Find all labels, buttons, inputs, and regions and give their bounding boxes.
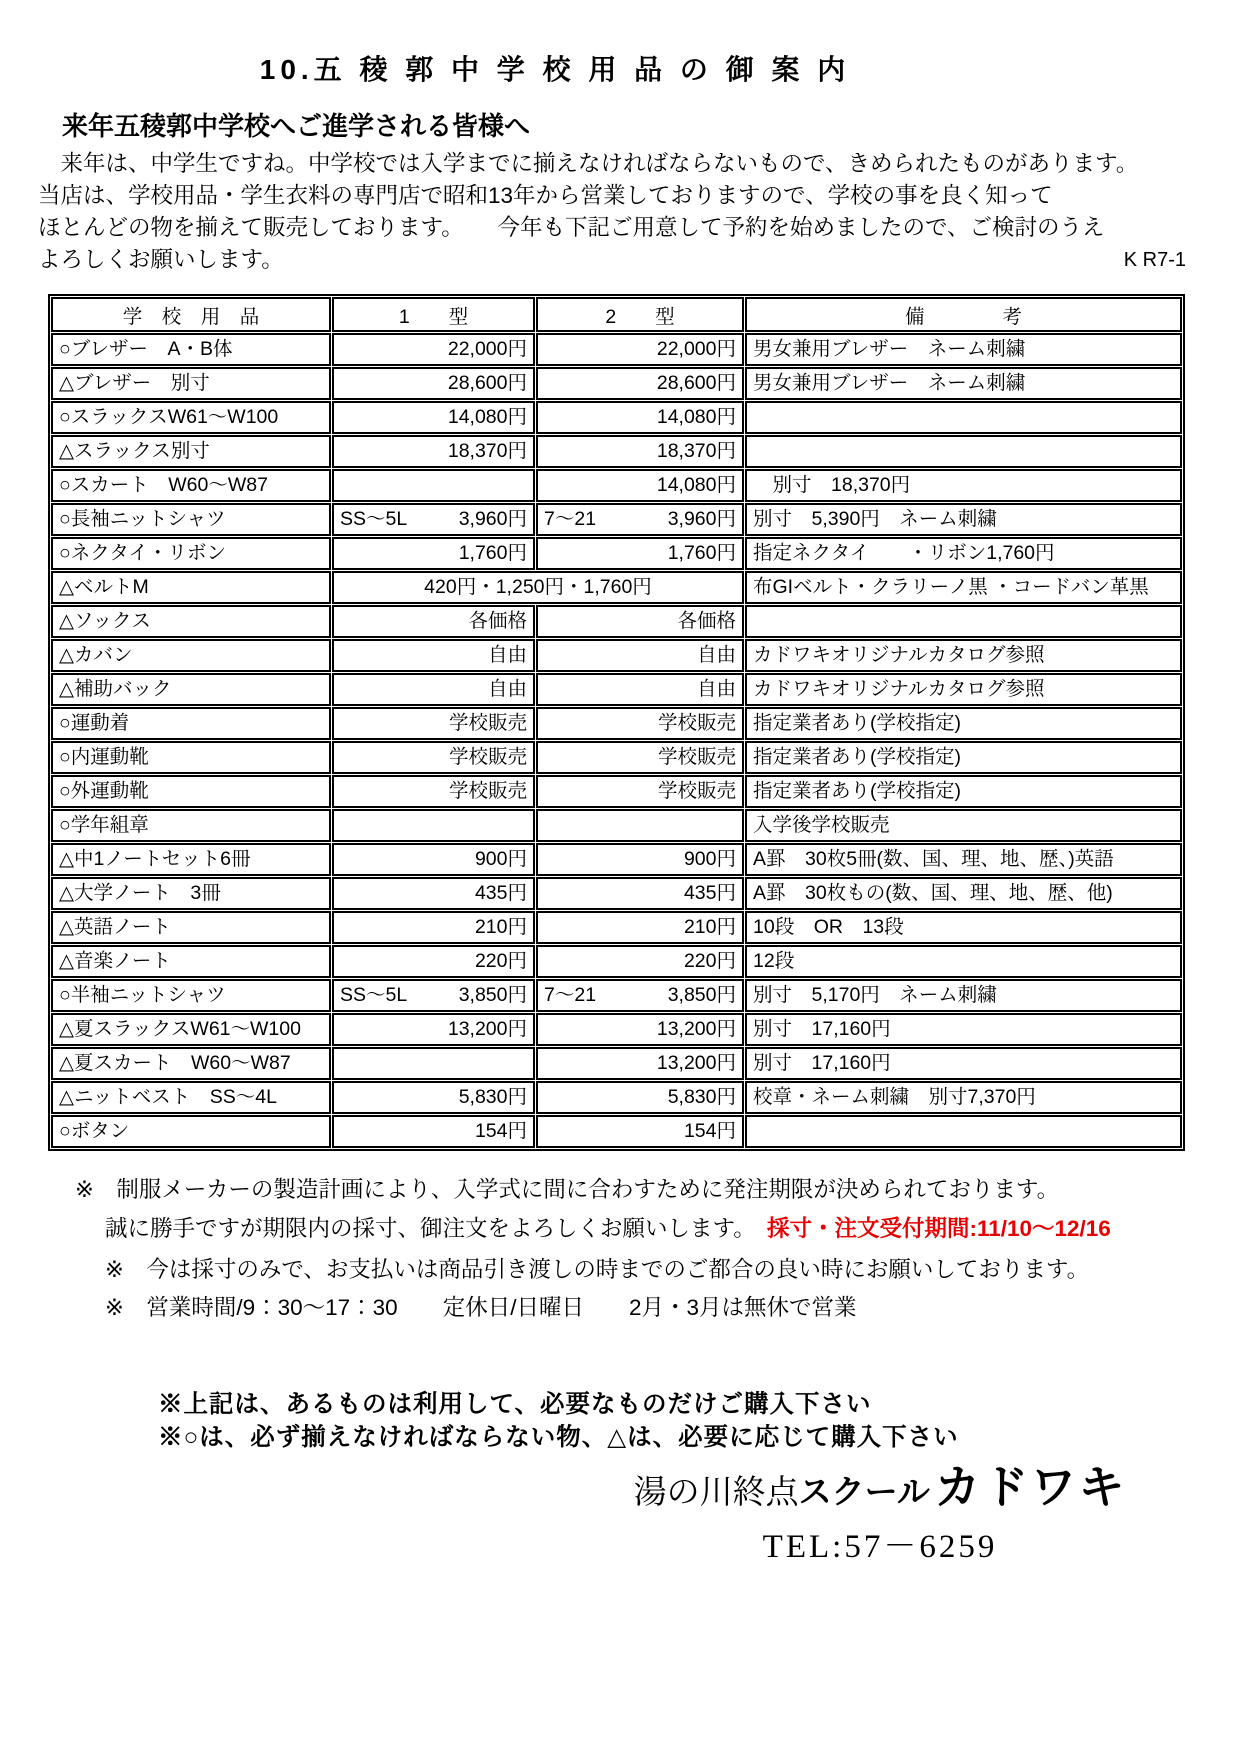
table-row: △夏スラックスW61～W10013,200円13,200円別寸 17,160円 <box>51 1013 1182 1046</box>
intro-line: ほとんどの物を揃えて販売しております。 今年も下記ご用意して予約を始めましたので… <box>38 212 1218 244</box>
size-range: SS～5L <box>340 981 407 1010</box>
col-header-type1: 1 型 <box>332 297 535 332</box>
type1-price-cell: 22,000円 <box>332 333 535 366</box>
type2-price-cell: 5,830円 <box>536 1081 744 1114</box>
shop-name: カドワキ <box>934 1461 1126 1513</box>
remarks-cell: 校章・ネーム刺繍 別寸7,370円 <box>745 1081 1182 1114</box>
type1-price-cell: 28,600円 <box>332 367 535 400</box>
item-name-cell: △ブレザー 別寸 <box>51 367 331 400</box>
remarks-cell: A罫 30枚5冊(数、国、理、地、歴、)英語 <box>745 843 1182 876</box>
remarks-cell: 別寸 18,370円 <box>745 469 1182 502</box>
item-name-cell: △スラックス別寸 <box>51 435 331 468</box>
price-table: 学 校 用 品 1 型 2 型 備 考 ○ブレザー A・B体22,000円22,… <box>48 294 1185 1151</box>
type1-price-cell: 154円 <box>332 1115 535 1148</box>
type1-price-cell: 220円 <box>332 945 535 978</box>
intro-line: 当店は、学校用品・学生衣料の専門店で昭和13年から営業しておりますので、学校の事… <box>38 180 1218 212</box>
type2-price-cell: 自由 <box>536 673 744 706</box>
intro-line: よろしくお願いします。 <box>38 244 284 276</box>
table-header-row: 学 校 用 品 1 型 2 型 備 考 <box>51 297 1182 332</box>
usage-note-line: ※○は、必ず揃えなければならない物、△は、必要に応じて購入下さい <box>158 1421 959 1454</box>
intro-paragraph: 来年は、中学生ですね。中学校では入学までに揃えなければならないもので、きめられた… <box>38 148 1218 276</box>
remarks-cell: 指定ネクタイ ・リボン1,760円 <box>745 537 1182 570</box>
shop-location: 湯の川終点 <box>634 1475 799 1511</box>
size-range: 7～21 <box>544 981 596 1010</box>
remarks-cell <box>745 1115 1182 1148</box>
usage-note-line: ※上記は、あるものは利用して、必要なものだけご購入下さい <box>158 1388 959 1421</box>
type2-price-cell: 14,080円 <box>536 401 744 434</box>
table-row: △中1ノートセット6冊900円900円A罫 30枚5冊(数、国、理、地、歴、)英… <box>51 843 1182 876</box>
item-name-cell: △夏スラックスW61～W100 <box>51 1013 331 1046</box>
type1-price-cell: 210円 <box>332 911 535 944</box>
item-name-cell: △音楽ノート <box>51 945 331 978</box>
item-name-cell: △大学ノート 3冊 <box>51 877 331 910</box>
type1-price-cell: 18,370円 <box>332 435 535 468</box>
type1-price-cell <box>332 469 535 502</box>
item-name-cell: △ニットベスト SS～4L <box>51 1081 331 1114</box>
table-row: ○スラックスW61～W10014,080円14,080円 <box>51 401 1182 434</box>
remarks-cell: 指定業者あり(学校指定) <box>745 707 1182 740</box>
type1-price-cell: 14,080円 <box>332 401 535 434</box>
remarks-cell: 12段 <box>745 945 1182 978</box>
price-value: 3,850円 <box>459 984 527 1006</box>
table-row: △ブレザー 別寸28,600円28,600円男女兼用ブレザー ネーム刺繍 <box>51 367 1182 400</box>
table-row: △大学ノート 3冊435円435円A罫 30枚もの(数、国、理、地、歴、他) <box>51 877 1182 910</box>
table-body: ○ブレザー A・B体22,000円22,000円男女兼用ブレザー ネーム刺繍△ブ… <box>51 333 1182 1148</box>
col-header-type2: 2 型 <box>536 297 744 332</box>
type1-price-cell: SS～5L3,850円 <box>332 979 535 1012</box>
remarks-cell: 別寸 17,160円 <box>745 1013 1182 1046</box>
item-name-cell: ○長袖ニットシャツ <box>51 503 331 536</box>
remarks-cell: 10段 OR 13段 <box>745 911 1182 944</box>
note-request: 誠に勝手ですが期限内の採寸、御注文をよろしくお願いします。 採寸・注文受付期間:… <box>105 1211 1111 1243</box>
table-row: ○ネクタイ・リボン1,760円1,760円指定ネクタイ ・リボン1,760円 <box>51 537 1182 570</box>
type2-price-cell: 435円 <box>536 877 744 910</box>
size-range: SS～5L <box>340 505 407 534</box>
type2-price-cell: 154円 <box>536 1115 744 1148</box>
type2-price-cell: 28,600円 <box>536 367 744 400</box>
table-row: △スラックス別寸18,370円18,370円 <box>51 435 1182 468</box>
type2-price-cell: 14,080円 <box>536 469 744 502</box>
type1-price-cell: 900円 <box>332 843 535 876</box>
flyer-page: { "colors": {"red": "#e60000", "text": "… <box>0 0 1240 1755</box>
table-row: ○運動着学校販売学校販売指定業者あり(学校指定) <box>51 707 1182 740</box>
table-row: ○半袖ニットシャツSS～5L3,850円7～213,850円別寸 5,170円 … <box>51 979 1182 1012</box>
shop-name-line: 湯の川終点スクール カドワキ <box>630 1462 1130 1524</box>
type1-price-cell: 学校販売 <box>332 741 535 774</box>
type1-price-cell: 学校販売 <box>332 707 535 740</box>
item-name-cell: △夏スカート W60～W87 <box>51 1047 331 1080</box>
type1-price-cell: 自由 <box>332 673 535 706</box>
item-name-cell: ○内運動靴 <box>51 741 331 774</box>
type2-price-cell: 自由 <box>536 639 744 672</box>
type2-price-cell: 7～213,960円 <box>536 503 744 536</box>
item-name-cell: ○半袖ニットシャツ <box>51 979 331 1012</box>
item-name-cell: ○スラックスW61～W100 <box>51 401 331 434</box>
remarks-cell: 布GIベルト・クラリーノ黒 ・コードバン革黒 <box>745 571 1182 604</box>
remarks-cell: 別寸 17,160円 <box>745 1047 1182 1080</box>
item-name-cell: ○外運動靴 <box>51 775 331 808</box>
order-period-highlight: 採寸・注文受付期間:11/10～12/16 <box>767 1216 1111 1241</box>
price-value: 3,850円 <box>668 984 736 1006</box>
table-row: △カバン自由自由カドワキオリジナルカタログ参照 <box>51 639 1182 672</box>
item-name-cell: △英語ノート <box>51 911 331 944</box>
item-name-cell: ○ボタン <box>51 1115 331 1148</box>
table-row: ○ボタン154円154円 <box>51 1115 1182 1148</box>
table-row: △ソックス各価格各価格 <box>51 605 1182 638</box>
document-code: K R7-1 <box>1124 244 1186 276</box>
item-name-cell: △補助バック <box>51 673 331 706</box>
item-name-cell: ○学年組章 <box>51 809 331 842</box>
remarks-cell: A罫 30枚もの(数、国、理、地、歴、他) <box>745 877 1182 910</box>
remarks-cell: 指定業者あり(学校指定) <box>745 775 1182 808</box>
size-range: 7～21 <box>544 505 596 534</box>
remarks-cell <box>745 605 1182 638</box>
remarks-cell: 男女兼用ブレザー ネーム刺繍 <box>745 333 1182 366</box>
remarks-cell: 指定業者あり(学校指定) <box>745 741 1182 774</box>
item-name-cell: △中1ノートセット6冊 <box>51 843 331 876</box>
item-name-cell: △ベルトM <box>51 571 331 604</box>
price-value: 3,960円 <box>668 508 736 530</box>
note-payment: ※ 今は採寸のみで、お支払いは商品引き渡しの時までのご都合の良い時にお願いしてお… <box>105 1252 1089 1284</box>
type2-price-cell: 210円 <box>536 911 744 944</box>
remarks-cell: カドワキオリジナルカタログ参照 <box>745 639 1182 672</box>
shop-phone: TEL:57－6259 <box>630 1520 1130 1567</box>
type1-price-cell: SS～5L3,960円 <box>332 503 535 536</box>
remarks-cell <box>745 435 1182 468</box>
type1-price-cell: 5,830円 <box>332 1081 535 1114</box>
remarks-cell <box>745 401 1182 434</box>
type2-price-cell: 900円 <box>536 843 744 876</box>
type2-price-cell: 学校販売 <box>536 741 744 774</box>
type2-price-cell: 学校販売 <box>536 707 744 740</box>
price-value: 3,960円 <box>459 508 527 530</box>
remarks-cell: 男女兼用ブレザー ネーム刺繍 <box>745 367 1182 400</box>
remarks-cell: カドワキオリジナルカタログ参照 <box>745 673 1182 706</box>
type2-price-cell: 18,370円 <box>536 435 744 468</box>
table-row: △ベルトM420円・1,250円・1,760円布GIベルト・クラリーノ黒 ・コー… <box>51 571 1182 604</box>
item-name-cell: ○ネクタイ・リボン <box>51 537 331 570</box>
intro-line: 来年は、中学生ですね。中学校では入学までに揃えなければならないもので、きめられた… <box>38 148 1218 180</box>
greeting-heading: 来年五稜郭中学校へご進学される皆様へ <box>62 106 530 143</box>
table-row: ○外運動靴学校販売学校販売指定業者あり(学校指定) <box>51 775 1182 808</box>
table-row: △英語ノート210円210円10段 OR 13段 <box>51 911 1182 944</box>
type2-price-cell <box>536 809 744 842</box>
table-row: △夏スカート W60～W8713,200円別寸 17,160円 <box>51 1047 1182 1080</box>
table-row: ○長袖ニットシャツSS～5L3,960円7～213,960円別寸 5,390円 … <box>51 503 1182 536</box>
table-row: △音楽ノート220円220円12段 <box>51 945 1182 978</box>
table-row: ○内運動靴学校販売学校販売指定業者あり(学校指定) <box>51 741 1182 774</box>
item-name-cell: △カバン <box>51 639 331 672</box>
remarks-cell: 別寸 5,390円 ネーム刺繍 <box>745 503 1182 536</box>
table-row: △ニットベスト SS～4L5,830円5,830円校章・ネーム刺繍 別寸7,37… <box>51 1081 1182 1114</box>
note-deadline: ※ 制服メーカーの製造計画により、入学式に間に合わすために発注期限が決められてお… <box>75 1172 1059 1204</box>
remarks-cell: 別寸 5,170円 ネーム刺繍 <box>745 979 1182 1012</box>
type2-price-cell: 7～213,850円 <box>536 979 744 1012</box>
table-row: ○スカート W60～W8714,080円 別寸 18,370円 <box>51 469 1182 502</box>
item-name-cell: ○スカート W60～W87 <box>51 469 331 502</box>
type2-price-cell: 22,000円 <box>536 333 744 366</box>
note-hours: ※ 営業時間/9：30～17：30 定休日/日曜日 2月・3月は無休で営業 <box>105 1290 856 1322</box>
shop-type: スクール <box>799 1473 930 1510</box>
item-name-cell: ○運動着 <box>51 707 331 740</box>
usage-notes: ※上記は、あるものは利用して、必要なものだけご購入下さい ※○は、必ず揃えなけれ… <box>158 1388 959 1454</box>
type2-price-cell: 1,760円 <box>536 537 744 570</box>
type1-price-cell: 1,760円 <box>332 537 535 570</box>
type1-price-cell: 13,200円 <box>332 1013 535 1046</box>
price-span-cell: 420円・1,250円・1,760円 <box>332 571 744 604</box>
type1-price-cell <box>332 1047 535 1080</box>
type2-price-cell: 220円 <box>536 945 744 978</box>
type2-price-cell: 13,200円 <box>536 1047 744 1080</box>
item-name-cell: ○ブレザー A・B体 <box>51 333 331 366</box>
note-request-text: 誠に勝手ですが期限内の採寸、御注文をよろしくお願いします。 <box>105 1216 767 1241</box>
col-header-remarks: 備 考 <box>745 297 1182 332</box>
page-title: 10.五 稜 郭 中 学 校 用 品 の 御 案 内 <box>0 48 1110 88</box>
remarks-cell: 入学後学校販売 <box>745 809 1182 842</box>
type2-price-cell: 学校販売 <box>536 775 744 808</box>
type1-price-cell: 自由 <box>332 639 535 672</box>
col-header-item: 学 校 用 品 <box>51 297 331 332</box>
type1-price-cell: 各価格 <box>332 605 535 638</box>
shop-signature: 湯の川終点スクール カドワキ TEL:57－6259 <box>630 1462 1130 1567</box>
type1-price-cell <box>332 809 535 842</box>
type2-price-cell: 13,200円 <box>536 1013 744 1046</box>
item-name-cell: △ソックス <box>51 605 331 638</box>
type2-price-cell: 各価格 <box>536 605 744 638</box>
type1-price-cell: 435円 <box>332 877 535 910</box>
table-row: △補助バック自由自由カドワキオリジナルカタログ参照 <box>51 673 1182 706</box>
type1-price-cell: 学校販売 <box>332 775 535 808</box>
table-row: ○ブレザー A・B体22,000円22,000円男女兼用ブレザー ネーム刺繍 <box>51 333 1182 366</box>
table-row: ○学年組章入学後学校販売 <box>51 809 1182 842</box>
